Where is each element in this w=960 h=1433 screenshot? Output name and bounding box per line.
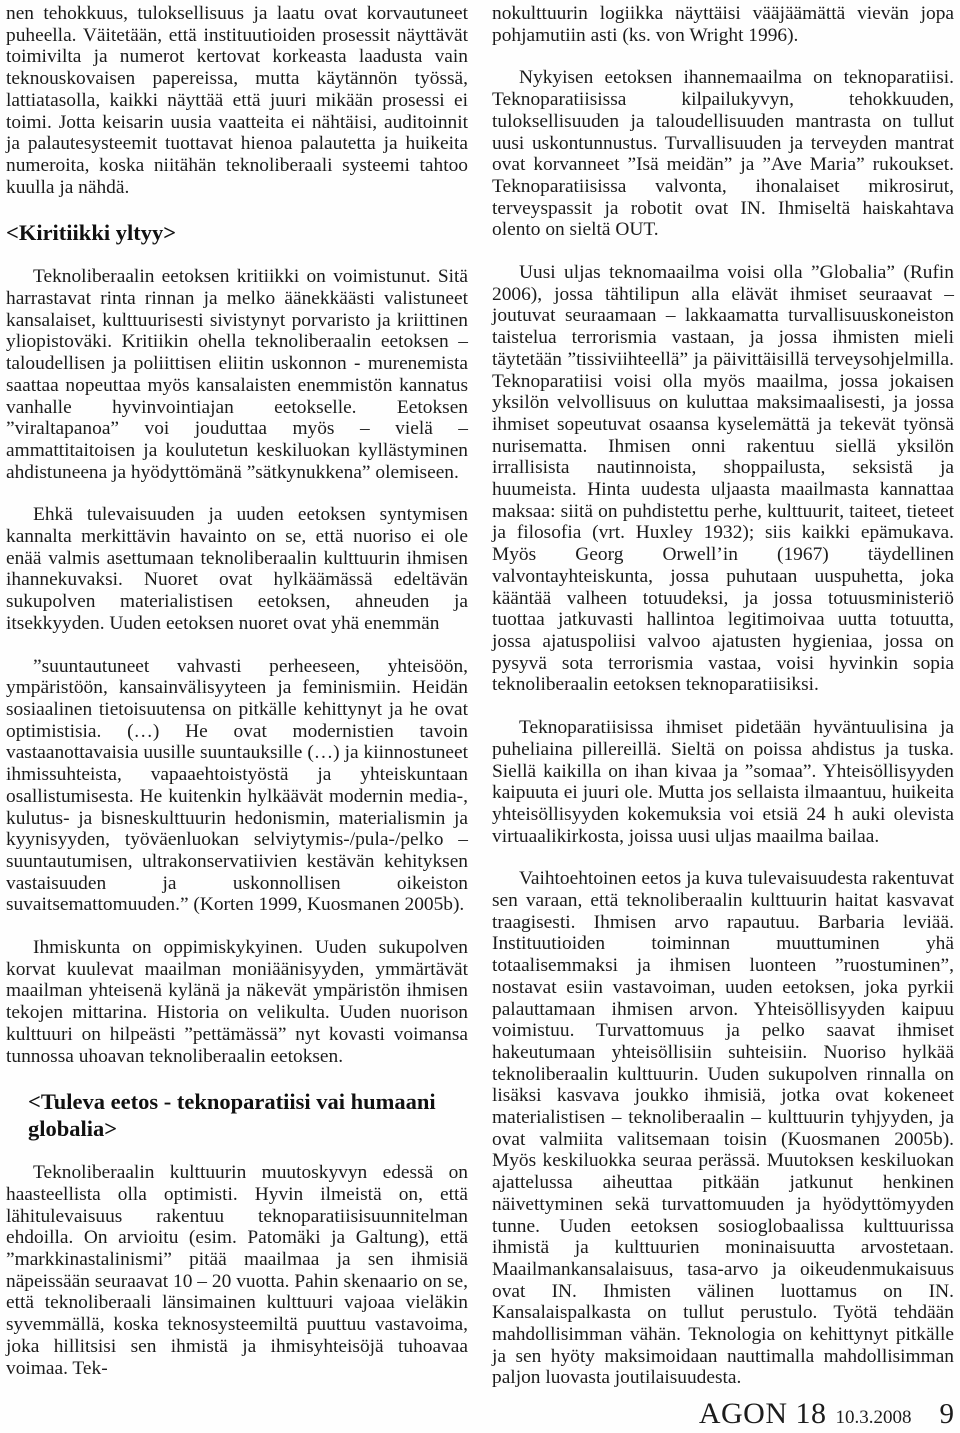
body-paragraph: Teknoliberaalin eetoksen kritiikki on vo… [6,266,468,483]
two-column-text-area: nen tehokkuus, tuloksellisuus ja laatu o… [0,0,960,1433]
body-paragraph: Teknoparatiisissa ihmiset pidetään hyvän… [492,717,954,847]
right-column: nokulttuurin logiikka näyttäisi vääjäämä… [492,3,954,1433]
body-paragraph: nokulttuurin logiikka näyttäisi vääjäämä… [492,3,954,46]
section-heading: <Kiritiikki yltyy> [6,219,468,246]
body-paragraph: Vaihtoehtoinen eetos ja kuva tulevaisuud… [492,868,954,1389]
body-paragraph: Teknoliberaalin kulttuurin muutoskyvyn e… [6,1162,468,1379]
body-paragraph: nen tehokkuus, tuloksellisuus ja laatu o… [6,3,468,198]
body-paragraph: Ehkä tulevaisuuden ja uuden eetoksen syn… [6,504,468,634]
body-paragraph: Ihmiskunta on oppimiskykyinen. Uuden suk… [6,937,468,1067]
journal-page: nen tehokkuus, tuloksellisuus ja laatu o… [0,0,960,1433]
page-footer: AGON 18 10.3.2008 9 [699,1397,954,1431]
page-number: 9 [940,1398,955,1431]
body-paragraph: Nykyisen eetoksen ihannemaailma on tekno… [492,67,954,241]
body-paragraph: ”suuntautuneet vahvasti perheeseen, yhte… [6,656,468,916]
journal-title: AGON 18 [699,1397,827,1431]
section-heading: <Tuleva eetos - teknoparatiisi vai humaa… [28,1088,468,1142]
body-paragraph: Uusi uljas teknomaailma voisi olla ”Glob… [492,262,954,696]
issue-date: 10.3.2008 [836,1407,912,1429]
left-column: nen tehokkuus, tuloksellisuus ja laatu o… [6,3,468,1433]
